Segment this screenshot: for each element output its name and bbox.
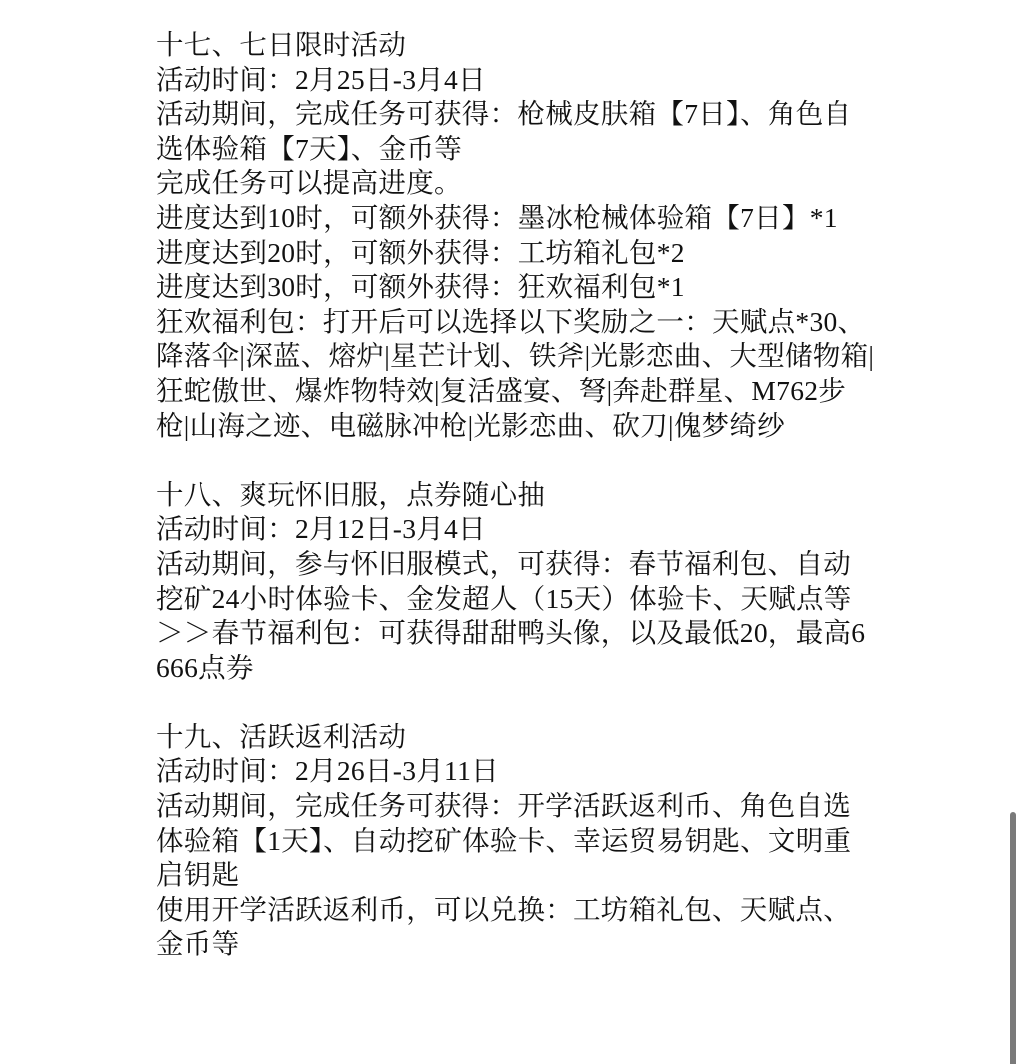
- vertical-scrollbar[interactable]: [1004, 0, 1020, 1064]
- event-time: 活动时间：2月26日-3月11日: [156, 754, 876, 789]
- progress-reward-20: 进度达到20时，可额外获得：工坊箱礼包*2: [156, 236, 876, 271]
- section-19: 十九、活跃返利活动 活动时间：2月26日-3月11日 活动期间，完成任务可获得：…: [156, 720, 876, 962]
- section-title: 十九、活跃返利活动: [156, 720, 876, 755]
- section-title: 十七、七日限时活动: [156, 28, 876, 63]
- section-17: 十七、七日限时活动 活动时间：2月25日-3月4日 活动期间，完成任务可获得：枪…: [156, 28, 876, 443]
- event-rewards: 活动期间，完成任务可获得：枪械皮肤箱【7日】、角色自选体验箱【7天】、金币等: [156, 97, 876, 166]
- event-rewards: 活动期间，完成任务可获得：开学活跃返利币、角色自选体验箱【1天】、自动挖矿体验卡…: [156, 789, 876, 893]
- exchange-desc: 使用开学活跃返利币，可以兑换：工坊箱礼包、天赋点、金币等: [156, 893, 876, 962]
- event-time: 活动时间：2月12日-3月4日: [156, 512, 876, 547]
- progress-reward-10: 进度达到10时，可额外获得：墨冰枪械体验箱【7日】*1: [156, 201, 876, 236]
- progress-note: 完成任务可以提高进度。: [156, 166, 876, 201]
- scrollbar-thumb[interactable]: [1010, 812, 1016, 1064]
- carnival-pack-desc: 狂欢福利包：打开后可以选择以下奖励之一：天赋点*30、降落伞|深蓝、熔炉|星芒计…: [156, 305, 876, 443]
- article-body: 十七、七日限时活动 活动时间：2月25日-3月4日 活动期间，完成任务可获得：枪…: [156, 28, 876, 997]
- progress-reward-30: 进度达到30时，可额外获得：狂欢福利包*1: [156, 270, 876, 305]
- spring-pack-desc: ＞＞春节福利包：可获得甜甜鸭头像，以及最低20，最高6666点券: [156, 616, 876, 685]
- event-time: 活动时间：2月25日-3月4日: [156, 63, 876, 98]
- section-18: 十八、爽玩怀旧服，点券随心抽 活动时间：2月12日-3月4日 活动期间，参与怀旧…: [156, 478, 876, 686]
- event-rewards: 活动期间，参与怀旧服模式，可获得：春节福利包、自动挖矿24小时体验卡、金发超人（…: [156, 547, 876, 616]
- section-title: 十八、爽玩怀旧服，点券随心抽: [156, 478, 876, 513]
